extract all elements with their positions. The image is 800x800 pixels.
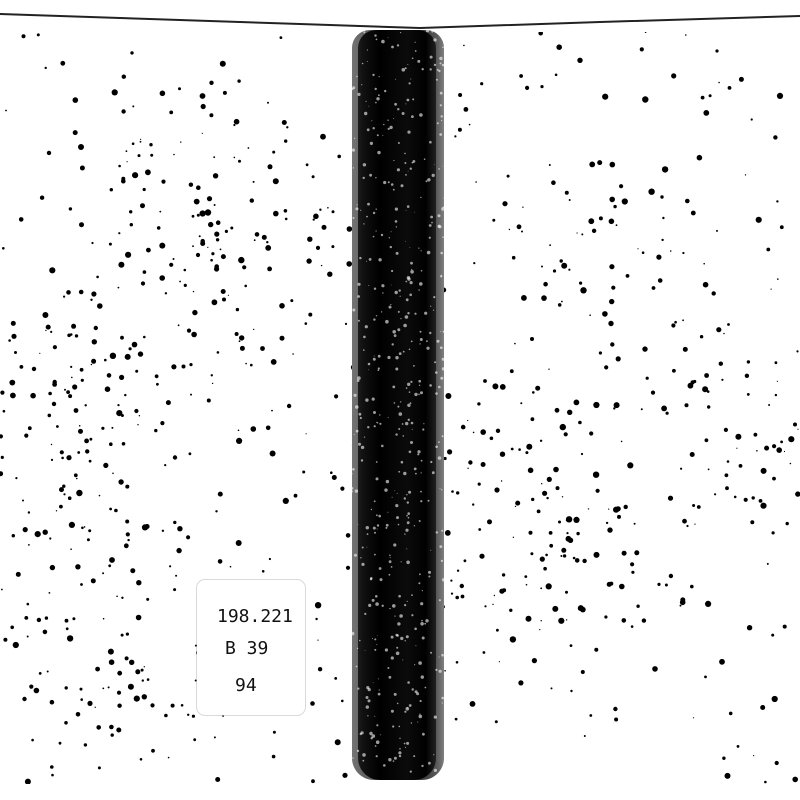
call-number-line-3: 94 [235,677,257,695]
call-number-line-2: B 39 [225,640,268,658]
call-number-label: 198.221 B 39 94 [197,580,305,715]
call-number-line-1: 198.221 [217,608,293,626]
spine-strip [352,30,444,780]
scanned-book-cover: 198.221 B 39 94 [0,0,800,800]
